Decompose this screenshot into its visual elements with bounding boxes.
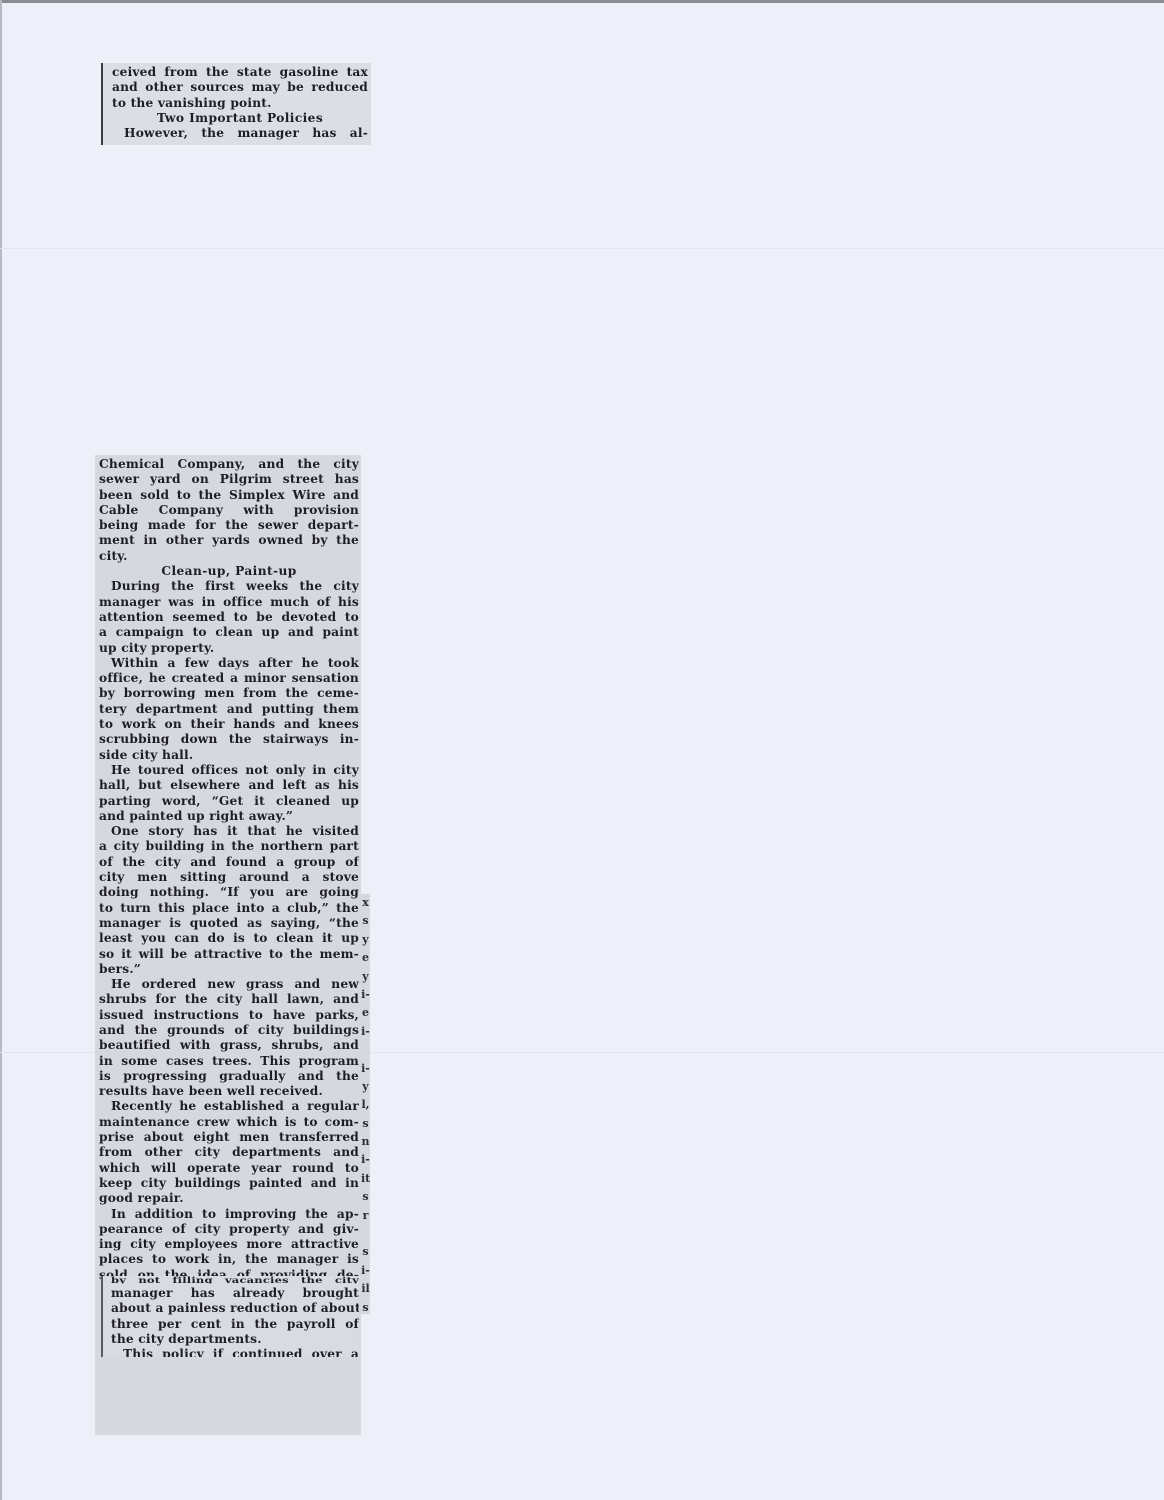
text-line: However, the manager has al- [112, 126, 368, 141]
bleed-char: n [361, 1133, 370, 1151]
bleed-char: y [361, 968, 370, 986]
bleed-char: i- [361, 1023, 370, 1041]
text-line: up city property. [99, 641, 359, 656]
text-line: three per cent in the payroll of [111, 1317, 359, 1332]
bleed-char: s [361, 1188, 370, 1206]
text-line: He toured offices not only in city [99, 763, 359, 778]
text-line: is progressing gradually and the [99, 1069, 359, 1084]
text-line: In addition to improving the ap- [99, 1207, 359, 1222]
clipping-column-main: Chemical Company, and the city sewer yar… [95, 455, 361, 1435]
bleed-char: i- [361, 986, 370, 1004]
text-line: and the grounds of city buildings [99, 1023, 359, 1038]
subheading: Clean-up, Paint-up [99, 564, 359, 579]
text-line: ceived from the state gasoline tax [112, 65, 368, 80]
text-line: manager was in office much of his [99, 595, 359, 610]
bleed-char: it [361, 1170, 370, 1188]
overlapping-clipping: by not filling vacancies the city manage… [101, 1276, 359, 1357]
text-line: attention seemed to be devoted to [99, 610, 359, 625]
paragraph: One story has it that he visited a city … [99, 824, 359, 977]
text-line: Recently he established a regular [99, 1099, 359, 1114]
text-line: city. [99, 549, 359, 564]
paragraph: Recently he established a regular mainte… [99, 1099, 359, 1206]
text-line: ment in other yards owned by the [99, 533, 359, 548]
paragraph: In addition to improving the ap- pearanc… [99, 1207, 359, 1283]
bleed-char: s [361, 912, 370, 930]
text-line: maintenance crew which is to com- [99, 1115, 359, 1130]
text-line-cut: by not filling vacancies the city [111, 1276, 359, 1284]
paragraph: During the first weeks the city manager … [99, 579, 359, 655]
text-line: hall, but elsewhere and left as his [99, 778, 359, 793]
bleed-char: y [361, 1078, 370, 1096]
text-line: office, he created a minor sensation [99, 671, 359, 686]
text-line: pearance of city property and giv- [99, 1222, 359, 1237]
text-line: tery department and putting them [99, 702, 359, 717]
text-line: He ordered new grass and new [99, 977, 359, 992]
text-line: which will operate year round to [99, 1161, 359, 1176]
text-line: a city building in the northern part [99, 839, 359, 854]
text-line: the city departments. [111, 1332, 359, 1347]
text-line: sewer yard on Pilgrim street has [99, 472, 359, 487]
text-line: being made for the sewer depart- [99, 518, 359, 533]
bleed-char: i- [361, 1151, 370, 1169]
bleed-char: i- [361, 1060, 370, 1078]
bleed-char: il [361, 1280, 370, 1298]
text-line: This policy if continued over a [111, 1347, 359, 1357]
text-line: to the vanishing point. [112, 96, 368, 111]
text-line: parting word, “Get it cleaned up [99, 794, 359, 809]
text-line: least you can do is to clean it up [99, 931, 359, 946]
text-line: been sold to the Simplex Wire and [99, 488, 359, 503]
clipping-fragment-top: ceived from the state gasoline tax and o… [101, 63, 371, 145]
text-line: side city hall. [99, 748, 359, 763]
bleed-char: e [361, 949, 370, 967]
text-line: in some cases trees. This program [99, 1054, 359, 1069]
text-line: During the first weeks the city [99, 579, 359, 594]
text-line: and painted up right away.” [99, 809, 359, 824]
text-line: so it will be attractive to the mem- [99, 947, 359, 962]
adjacent-column-bleed: x s y e y i- e i- i- y l, s n i- it s r … [361, 894, 370, 1314]
text-line: Within a few days after he took [99, 656, 359, 671]
text-line: bers.” [99, 962, 359, 977]
paragraph: He ordered new grass and new shrubs for … [99, 977, 359, 1099]
bleed-char: s [361, 1115, 370, 1133]
bleed-char: e [361, 1004, 370, 1022]
text-line: issued instructions to have parks, [99, 1008, 359, 1023]
paragraph: Within a few days after he took office, … [99, 656, 359, 763]
text-line: about a painless reduction of about [111, 1301, 359, 1316]
bleed-char: l, [361, 1096, 370, 1114]
scan-artifact-line [0, 248, 1164, 249]
text-line: from other city departments and [99, 1145, 359, 1160]
text-line: scrubbing down the stairways in- [99, 732, 359, 747]
text-line: city men sitting around a stove [99, 870, 359, 885]
bleed-char: r [361, 1207, 370, 1225]
scan-edge-left [0, 0, 2, 1500]
text-line: ing city employees more attractive [99, 1237, 359, 1252]
paragraph: He toured offices not only in city hall,… [99, 763, 359, 824]
subheading: Two Important Policies [112, 111, 368, 126]
text-line: results have been well received. [99, 1084, 359, 1099]
text-line: One story has it that he visited [99, 824, 359, 839]
text-line: prise about eight men transferred [99, 1130, 359, 1145]
text-line: manager has already brought [111, 1286, 359, 1301]
text-line: keep city buildings painted and in [99, 1176, 359, 1191]
paragraph: Chemical Company, and the city sewer yar… [99, 457, 359, 564]
text-line: to work on their hands and knees [99, 717, 359, 732]
text-line: doing nothing. “If you are going [99, 885, 359, 900]
text-line: places to work in, the manager is [99, 1252, 359, 1267]
text-line: beautified with grass, shrubs, and [99, 1038, 359, 1053]
text-line: good repair. [99, 1191, 359, 1206]
text-line: Cable Company with provision [99, 503, 359, 518]
text-line: of the city and found a group of [99, 855, 359, 870]
text-line: to turn this place into a club,” the [99, 901, 359, 916]
bleed-char: s [361, 1243, 370, 1261]
scan-edge-top [0, 0, 1164, 3]
bleed-char: i- [361, 1262, 370, 1280]
text-line: Chemical Company, and the city [99, 457, 359, 472]
bleed-char [361, 1041, 370, 1059]
text-line: a campaign to clean up and paint [99, 625, 359, 640]
text-line: and other sources may be reduced [112, 80, 368, 95]
bleed-char: y [361, 931, 370, 949]
bleed-char [361, 1225, 370, 1243]
text-line: by borrowing men from the ceme- [99, 686, 359, 701]
text-line: shrubs for the city hall lawn, and [99, 992, 359, 1007]
text-line: manager is quoted as saying, “the [99, 916, 359, 931]
bleed-char: s [361, 1299, 370, 1317]
bleed-char: x [361, 894, 370, 912]
